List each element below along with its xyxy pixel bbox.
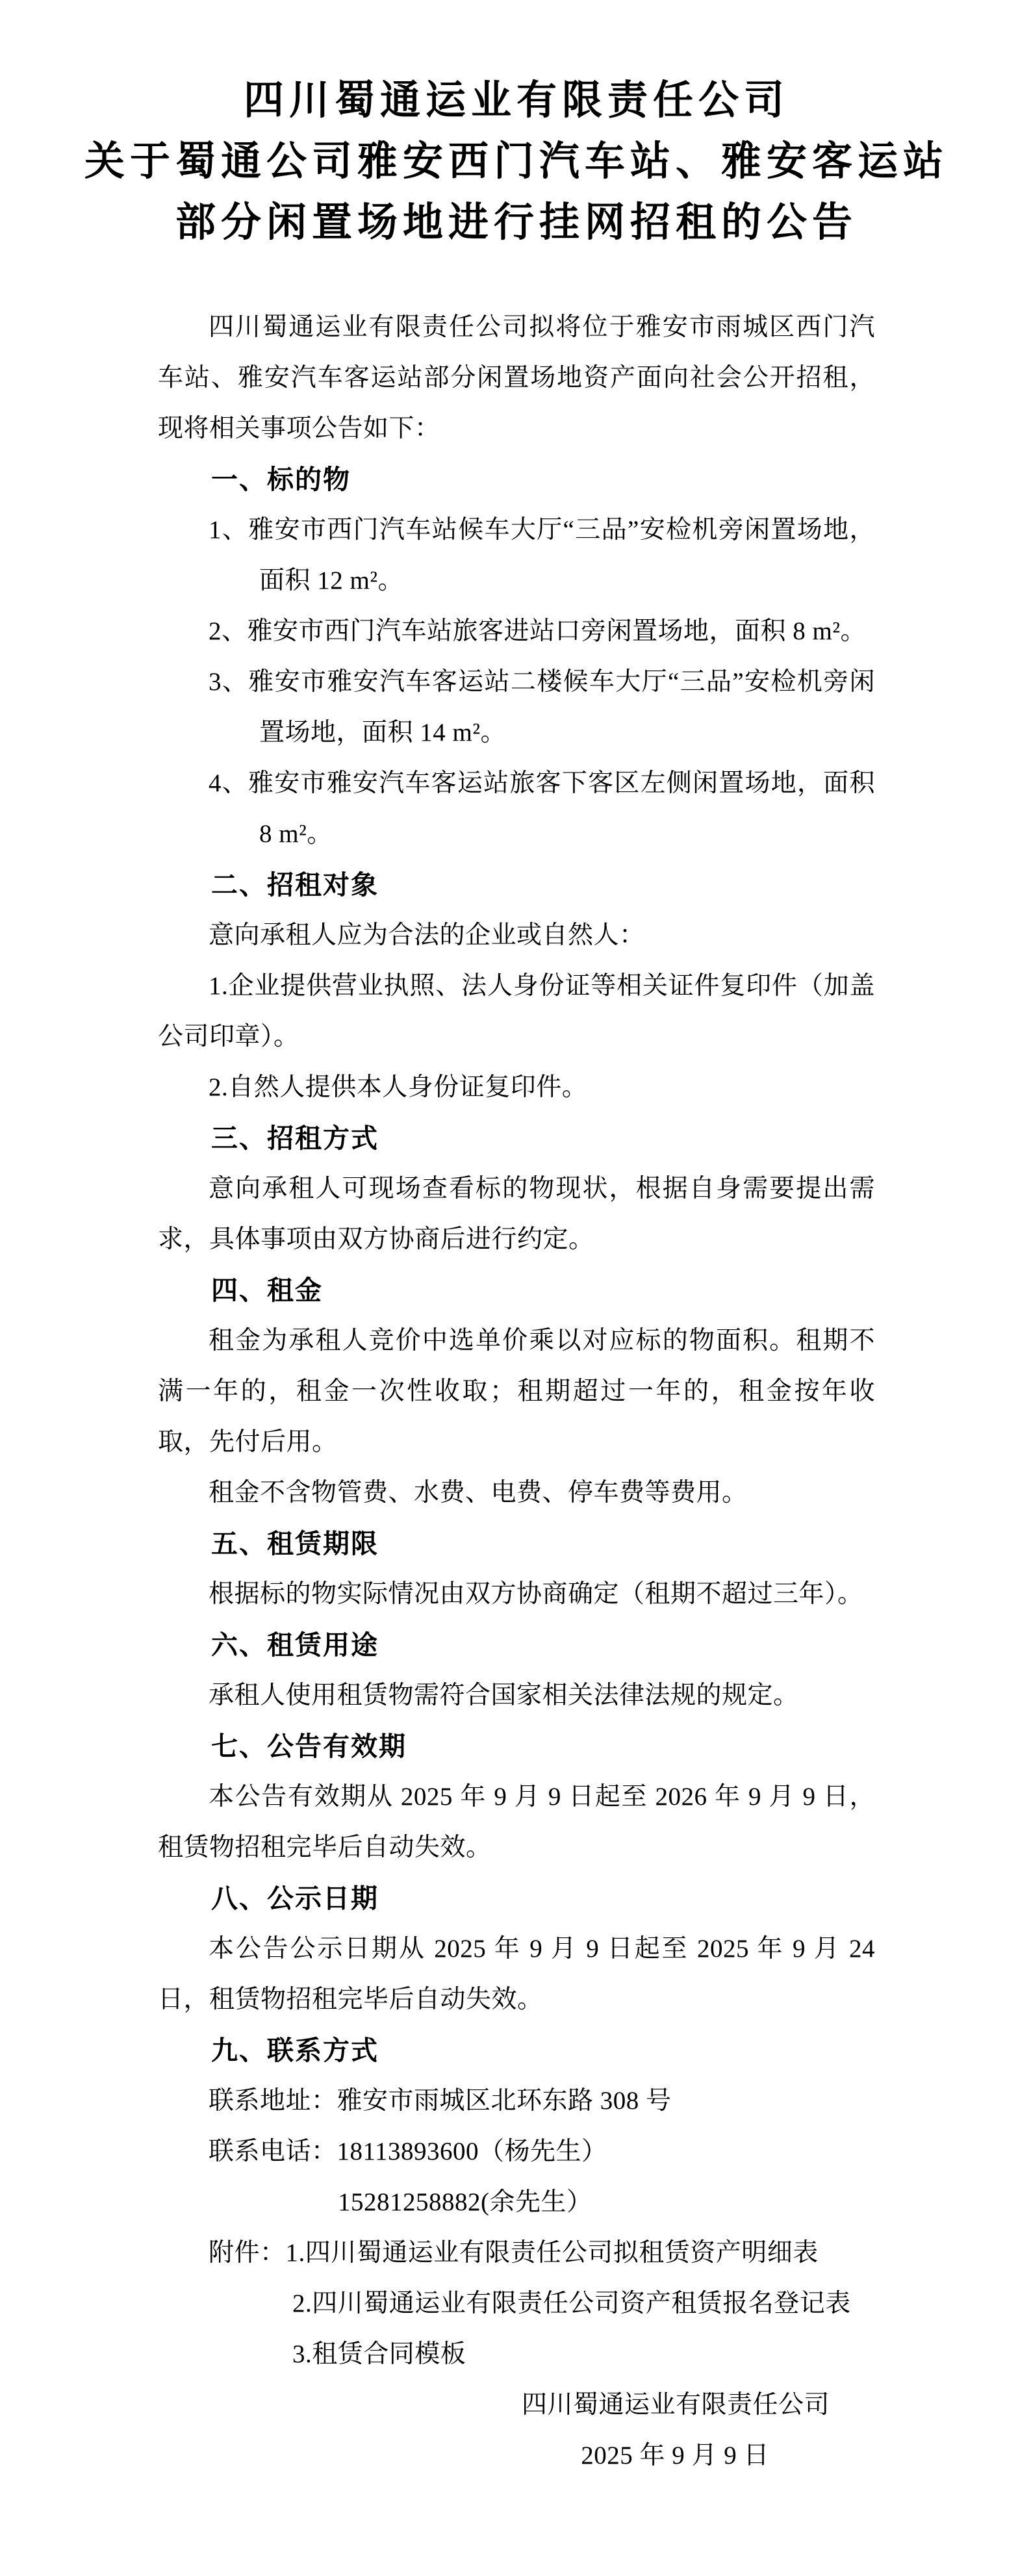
attachment-item-2: 2.四川蜀通运业有限责任公司资产租赁报名登记表 xyxy=(158,2278,875,2329)
attachment-item-3: 3.租赁合同模板 xyxy=(158,2329,875,2380)
section-heading-4: 四、租金 xyxy=(158,1265,875,1316)
attachments-label: 附件： xyxy=(209,2239,286,2267)
rent-paragraph-1: 租金为承租人竞价中选单价乘以对应标的物面积。租期不满一年的，租金一次性收取；租期… xyxy=(158,1316,875,1468)
subject-item-3: 3、雅安市雅安汽车客运站二楼候车大厅“三品”安检机旁闲置场地，面积 14 m²。 xyxy=(158,657,875,758)
lease-method-paragraph: 意向承租人可现场查看标的物现状，根据自身需要提出需求，具体事项由双方协商后进行约… xyxy=(158,1164,875,1265)
document-title: 四川蜀通运业有限责任公司 关于蜀通公司雅安西门汽车站、雅安客运站 部分闲置场地进… xyxy=(77,70,956,253)
signature-company: 四川蜀通运业有限责任公司 xyxy=(158,2380,875,2430)
subject-item-4: 4、雅安市雅安汽车客运站旅客下客区左侧闲置场地，面积 8 m²。 xyxy=(158,758,875,860)
document-title-line-2: 关于蜀通公司雅安西门汽车站、雅安客运站 xyxy=(77,131,956,192)
document-body: 四川蜀通运业有限责任公司拟将位于雅安市雨城区西门汽车站、雅安汽车客运站部分闲置场… xyxy=(158,302,875,2481)
section-heading-1: 一、标的物 xyxy=(158,454,875,505)
publicity-period-paragraph: 本公告公示日期从 2025 年 9 月 9 日起至 2025 年 9 月 24 … xyxy=(158,1924,875,2025)
section-heading-6: 六、租赁用途 xyxy=(158,1620,875,1670)
contact-address-line: 联系地址：雅安市雨城区北环东路 308 号 xyxy=(158,2076,875,2126)
section-heading-2: 二、招租对象 xyxy=(158,860,875,910)
document-title-line-3: 部分闲置场地进行挂网招租的公告 xyxy=(77,192,956,253)
intro-paragraph: 四川蜀通运业有限责任公司拟将位于雅安市雨城区西门汽车站、雅安汽车客运站部分闲置场… xyxy=(158,302,875,454)
lease-target-item-1: 1.企业提供营业执照、法人身份证等相关证件复印件（加盖公司印章）。 xyxy=(158,961,875,1062)
lease-target-intro: 意向承租人应为合法的企业或自然人： xyxy=(158,910,875,961)
signature-date: 2025 年 9 月 9 日 xyxy=(158,2430,875,2481)
lease-target-item-2: 2.自然人提供本人身份证复印件。 xyxy=(158,1062,875,1113)
section-heading-3: 三、招租方式 xyxy=(158,1113,875,1164)
contact-phone-line-1: 联系电话：18113893600（杨先生） xyxy=(158,2126,875,2177)
attachments-line-1: 附件：1.四川蜀通运业有限责任公司拟租赁资产明细表 xyxy=(158,2228,875,2278)
subject-item-2: 2、雅安市西门汽车站旅客进站口旁闲置场地，面积 8 m²。 xyxy=(158,606,875,657)
announcement-document-page: 四川蜀通运业有限责任公司 关于蜀通公司雅安西门汽车站、雅安客运站 部分闲置场地进… xyxy=(0,0,1031,2576)
rent-paragraph-2: 租金不含物管费、水费、电费、停车费等费用。 xyxy=(158,1468,875,1518)
lease-usage-paragraph: 承租人使用租赁物需符合国家相关法律法规的规定。 xyxy=(158,1670,875,1721)
attachment-item-1: 1.四川蜀通运业有限责任公司拟租赁资产明细表 xyxy=(286,2239,819,2267)
section-heading-5: 五、租赁期限 xyxy=(158,1518,875,1569)
section-heading-7: 七、公告有效期 xyxy=(158,1721,875,1772)
section-heading-9: 九、联系方式 xyxy=(158,2025,875,2076)
validity-period-paragraph: 本公告有效期从 2025 年 9 月 9 日起至 2026 年 9 月 9 日，… xyxy=(158,1772,875,1873)
lease-term-paragraph: 根据标的物实际情况由双方协商确定（租期不超过三年）。 xyxy=(158,1569,875,1620)
document-title-line-1: 四川蜀通运业有限责任公司 xyxy=(77,70,956,131)
subject-item-1: 1、雅安市西门汽车站候车大厅“三品”安检机旁闲置场地，面积 12 m²。 xyxy=(158,505,875,606)
section-heading-8: 八、公示日期 xyxy=(158,1873,875,1924)
contact-phone-line-2: 15281258882(余先生） xyxy=(158,2177,875,2228)
